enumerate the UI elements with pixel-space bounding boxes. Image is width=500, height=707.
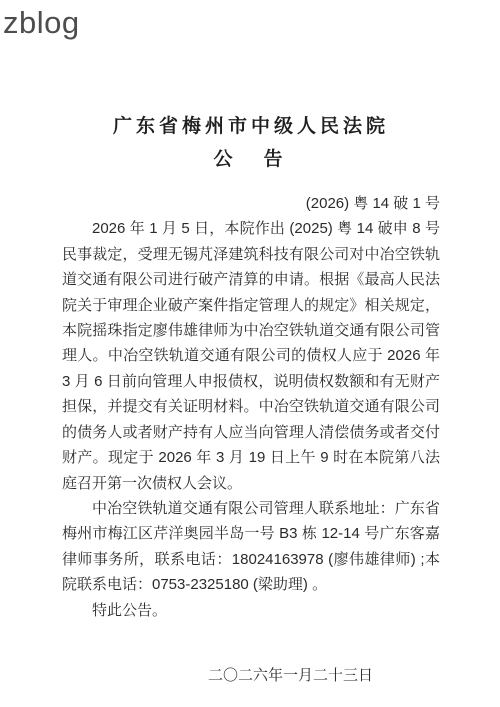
site-logo[interactable]: zblog <box>3 6 80 40</box>
notice-paragraph-contact: 中冶空铁轨道交通有限公司管理人联系地址：广东省梅州市梅江区芹洋奥园半岛一号 B3… <box>62 496 440 598</box>
notice-date: 二〇二六年一月二十三日 <box>62 663 440 689</box>
court-notice-document: 广东省梅州市中级人民法院 公 告 (2026) 粤 14 破 1 号 2026 … <box>62 45 440 688</box>
site-header: zblog <box>0 0 500 45</box>
notice-paragraph-closing: 特此公告。 <box>62 598 440 623</box>
notice-paragraph-ruling: 2026 年 1 月 5 日，本院作出 (2025) 粤 14 破申 8 号民事… <box>62 216 440 495</box>
case-number: (2026) 粤 14 破 1 号 <box>62 191 440 217</box>
notice-title: 公 告 <box>62 145 440 175</box>
court-name: 广东省梅州市中级人民法院 <box>62 113 440 141</box>
notice-body: 2026 年 1 月 5 日，本院作出 (2025) 粤 14 破申 8 号民事… <box>62 216 440 623</box>
